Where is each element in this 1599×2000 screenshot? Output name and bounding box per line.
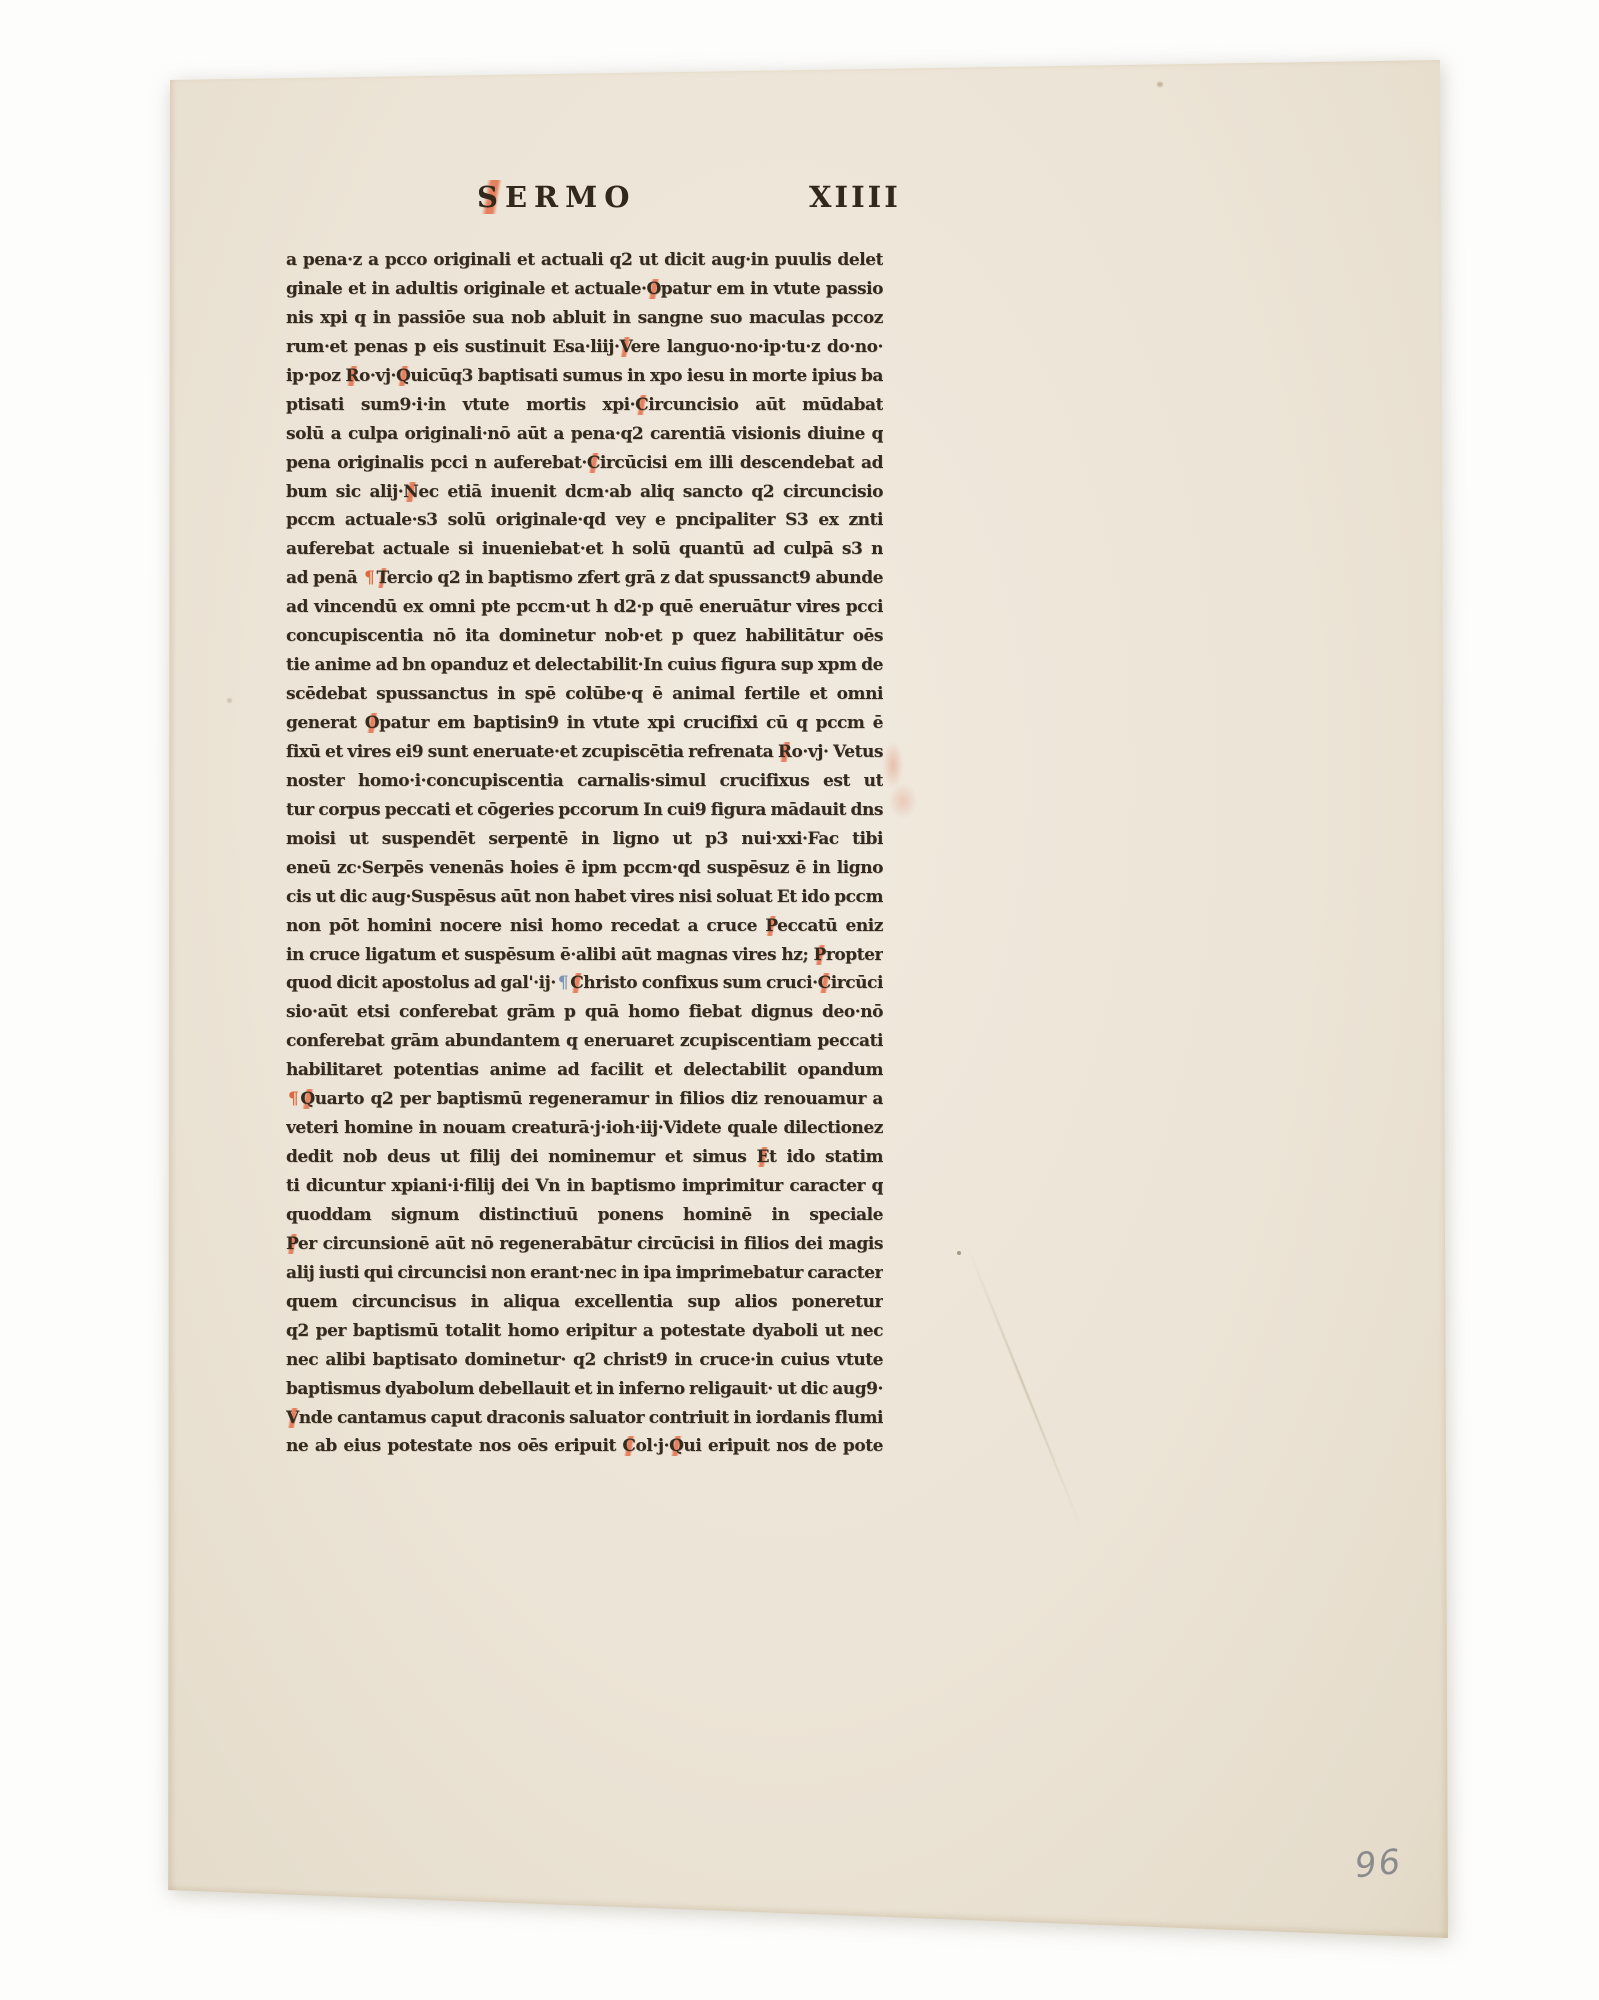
text-segment: tie anime ad bn opanduz et delectabilit·… [286, 655, 883, 675]
text-segment: alij iusti qui circuncisi non erant·nec … [286, 1263, 883, 1288]
text-segment: auferebat actuale si inueniebat·et h sol… [286, 539, 883, 564]
text-segment: dedit nob deus ut filij dei nominemur et… [286, 1147, 756, 1167]
text-segment: o·vj· Vetus [792, 742, 884, 762]
text-line: in cruce ligatum et suspēsum ē·alibi aūt… [286, 941, 883, 970]
leaf-top-edge [167, 53, 1445, 82]
text-line: sio·aūt etsi conferebat grām p quā homo … [286, 998, 883, 1027]
running-title-sermo: SERMO [477, 180, 637, 214]
rubricated-capital: V [619, 337, 630, 357]
text-line: dedit nob deus ut filij dei nominemur et… [286, 1143, 883, 1172]
text-line: ne ab eius potestate nos oēs eripuit Col… [286, 1432, 883, 1461]
text-line: ptisati sum9·i·in vtute mortis xpi·Circu… [286, 391, 883, 420]
rubricated-capital: S [477, 180, 505, 214]
text-segment: ere languo·no·ip·tu·z do·no· [631, 337, 883, 357]
running-head: SERMO XIIII [167, 180, 1449, 220]
text-segment: nis xpi q in passiōe sua nob abluit in s… [286, 308, 883, 333]
pencil-folio-number: 96 [1353, 1842, 1404, 1887]
text-segment: er circunsionē aūt nō regenerabātur circ… [286, 1234, 883, 1259]
text-line: tie anime ad bn opanduz et delectabilit·… [286, 651, 883, 680]
text-line: ip·poz Ro·vj·Quicūq3 baptisati sumus in … [286, 362, 883, 391]
text-line: q2 per baptismū totalit homo eripitur a … [286, 1317, 883, 1346]
text-segment: quoddam signum distinctiuū ponens hominē… [286, 1205, 883, 1230]
blue-pilcrow: ¶ [556, 973, 570, 993]
text-segment: fixū et vires ei9 sunt eneruate·et zcupi… [286, 742, 778, 762]
red-pilcrow: ¶ [362, 568, 376, 588]
text-segment: bum sic alij· [286, 482, 403, 502]
text-line: auferebat actuale si inueniebat·et h sol… [286, 535, 883, 564]
text-line: tur corpus peccati et cōgeries pccorum I… [286, 796, 883, 825]
chapter-number-xiiii: XIIII [809, 180, 901, 214]
text-segment: ad penā [286, 568, 362, 588]
rubricated-capital: O [365, 713, 379, 733]
rubricated-capital: O [646, 279, 660, 299]
rubricated-capital: Q [300, 1089, 314, 1109]
text-segment: ircūci [831, 973, 883, 993]
text-line: nec alibi baptisato dominetur· q2 christ… [286, 1346, 883, 1375]
text-line: pena originalis pcci n auferebat·Circūci… [286, 449, 883, 478]
rubricated-capital: N [403, 482, 418, 502]
text-segment: hristo confixus sum cruci· [583, 973, 817, 993]
text-line: alij iusti qui circuncisi non erant·nec … [286, 1259, 883, 1288]
text-segment: ad vincendū ex omni pte pccm·ut h d2·p q… [286, 597, 883, 622]
text-line: ad vincendū ex omni pte pccm·ut h d2·p q… [286, 593, 883, 622]
text-segment: uicūq3 baptisati sumus in xpo iesu in mo… [410, 366, 883, 386]
rubricated-capital: C [818, 973, 831, 993]
text-segment: o·vj· [359, 366, 396, 386]
text-segment: ercio q2 in baptismo zfert grā z dat spu… [387, 568, 883, 588]
rubricated-capital: Q [669, 1436, 683, 1456]
text-segment: moisi ut suspendēt serpentē in ligno ut … [286, 829, 883, 854]
photo-backdrop: SERMO XIIII a pena·z a pcco originali et… [0, 0, 1599, 2000]
rubricated-capital: T [377, 568, 387, 588]
ink-speck [957, 1251, 961, 1255]
text-segment: quem circuncisus in aliqua excellentia s… [286, 1292, 883, 1312]
text-line: conferebat grām abundantem q eneruaret z… [286, 1027, 883, 1056]
text-segment: noster homo·i·concupiscentia carnalis·si… [286, 771, 883, 796]
text-segment: q2 per baptismū totalit homo eripitur a … [286, 1321, 883, 1346]
text-segment: veteri homine in nouam creaturā·j·ioh·ii… [286, 1118, 883, 1138]
text-segment: sio·aūt etsi conferebat grām p quā homo … [286, 1002, 883, 1027]
text-segment: ol·j· [636, 1436, 670, 1456]
text-line: eneū zc·Serpēs venenās hoies ē ipm pccm·… [286, 854, 883, 883]
text-line: baptismus dyabolum debellauit et in infe… [286, 1375, 883, 1404]
text-line: non pōt homini nocere nisi homo recedat … [286, 912, 883, 941]
text-segment: baptismus dyabolum debellauit et in infe… [286, 1379, 883, 1399]
text-line: moisi ut suspendēt serpentē in ligno ut … [286, 825, 883, 854]
red-margin-smudge [883, 742, 903, 788]
text-segment: pccm actuale·s3 solū originale·qd vey e … [286, 510, 883, 535]
text-segment: habilitaret potentias anime ad facilit e… [286, 1060, 883, 1085]
text-segment: concupiscentia nō ita dominetur nob·et p… [286, 626, 883, 651]
text-line: habilitaret potentias anime ad facilit e… [286, 1056, 883, 1085]
foxing-spot [1157, 82, 1163, 87]
red-pilcrow: ¶ [286, 1089, 300, 1109]
leaf-left-edge [168, 78, 176, 1893]
incunabula-leaf: SERMO XIIII a pena·z a pcco originali et… [167, 58, 1449, 1942]
rubricated-capital: Q [396, 366, 410, 386]
text-line: pccm actuale·s3 solū originale·qd vey e … [286, 506, 883, 535]
rubricated-capital: P [814, 945, 826, 965]
text-segment: generat [286, 713, 365, 733]
text-segment: ptisati sum9·i·in vtute mortis xpi· [286, 395, 635, 415]
rubricated-capital: V [286, 1408, 299, 1428]
text-line: quem circuncisus in aliqua excellentia s… [286, 1288, 883, 1317]
paper-crease [967, 1247, 1081, 1526]
text-segment: non pōt homini nocere nisi homo recedat … [286, 916, 765, 936]
rubricated-capital: E [756, 1147, 769, 1167]
text-line: scēdebat spussanctus in spē colūbe·q ē a… [286, 680, 883, 709]
text-line: generat Opatur em baptisin9 in vtute xpi… [286, 709, 883, 738]
text-segment: patur em in vtute passio [661, 279, 883, 299]
text-segment: a pena·z a pcco originali et actuali q2 … [286, 250, 883, 275]
text-line: ti dicuntur xpiani·i·filij dei Vn in bap… [286, 1172, 883, 1201]
rubricated-capital: C [587, 453, 600, 473]
text-line: ad penā ¶Tercio q2 in baptismo zfert grā… [286, 564, 883, 593]
text-segment: uarto q2 per baptismū regeneramur in fil… [315, 1089, 883, 1109]
rubricated-capital: R [778, 742, 792, 762]
text-line: Vnde cantamus caput draconis saluator co… [286, 1404, 883, 1433]
text-segment: quod dicit apostolus ad gal'·ij· [286, 973, 556, 993]
rubricated-capital: C [635, 395, 648, 415]
text-segment: ip·poz [286, 366, 345, 386]
text-segment: ti dicuntur xpiani·i·filij dei Vn in bap… [286, 1176, 883, 1201]
rubricated-capital: R [345, 366, 359, 386]
text-line: bum sic alij·Nec etiā inuenit dcm·ab ali… [286, 478, 883, 507]
text-segment: scēdebat spussanctus in spē colūbe·q ē a… [286, 684, 883, 709]
text-block: a pena·z a pcco originali et actuali q2 … [286, 246, 883, 1461]
text-line: cis ut dic aug·Suspēsus aūt non habet vi… [286, 883, 883, 912]
text-segment: conferebat grām abundantem q eneruaret z… [286, 1031, 883, 1056]
rubricated-capital: C [570, 973, 583, 993]
text-line: rum·et penas p eis sustinuit Esa·liij·Ve… [286, 333, 883, 362]
text-line: solū a culpa originali·nō aūt a pena·q2 … [286, 420, 883, 449]
leaf-bottom-edge [167, 1884, 1449, 1943]
text-segment: rum·et penas p eis sustinuit Esa·liij· [286, 337, 619, 357]
foxing-spot [227, 698, 232, 703]
text-segment: eneū zc·Serpēs venenās hoies ē ipm pccm·… [286, 858, 883, 883]
text-line: quod dicit apostolus ad gal'·ij·¶Christo… [286, 969, 883, 998]
text-segment: ne ab eius potestate nos oēs eripuit [286, 1436, 622, 1456]
text-line: quoddam signum distinctiuū ponens hominē… [286, 1201, 883, 1230]
text-line: a pena·z a pcco originali et actuali q2 … [286, 246, 883, 275]
text-line: ¶Quarto q2 per baptismū regeneramur in f… [286, 1085, 883, 1114]
leaf-shadow-wrap: SERMO XIIII a pena·z a pcco originali et… [167, 58, 1449, 1942]
text-segment: ginale et in adultis originale et actual… [286, 279, 646, 299]
text-line: Per circunsionē aūt nō regenerabātur cir… [286, 1230, 883, 1259]
rubricated-capital: C [622, 1436, 635, 1456]
text-line: concupiscentia nō ita dominetur nob·et p… [286, 622, 883, 651]
text-segment: cis ut dic aug·Suspēsus aūt non habet vi… [286, 887, 883, 907]
text-segment: tur corpus peccati et cōgeries pccorum I… [286, 800, 883, 820]
red-margin-smudge [889, 784, 917, 818]
leaf-right-edge [1440, 58, 1449, 1942]
text-line: fixū et vires ei9 sunt eneruate·et zcupi… [286, 738, 883, 767]
text-segment: nde cantamus caput draconis saluator con… [299, 1408, 883, 1428]
text-segment: solū a culpa originali·nō aūt a pena·q2 … [286, 424, 883, 449]
text-segment: nec alibi baptisato dominetur· q2 christ… [286, 1350, 883, 1375]
rubricated-capital: P [286, 1234, 298, 1254]
rubricated-capital: P [765, 916, 777, 936]
text-segment: ui eripuit nos de pote [683, 1436, 883, 1456]
text-line: veteri homine in nouam creaturā·j·ioh·ii… [286, 1114, 883, 1143]
text-line: nis xpi q in passiōe sua nob abluit in s… [286, 304, 883, 333]
text-line: ginale et in adultis originale et actual… [286, 275, 883, 304]
text-segment: ropter [826, 945, 883, 965]
text-segment: pena originalis pcci n auferebat· [286, 453, 587, 473]
text-segment: in cruce ligatum et suspēsum ē·alibi aūt… [286, 945, 814, 965]
text-line: noster homo·i·concupiscentia carnalis·si… [286, 767, 883, 796]
text-segment: ERMO [505, 180, 637, 214]
